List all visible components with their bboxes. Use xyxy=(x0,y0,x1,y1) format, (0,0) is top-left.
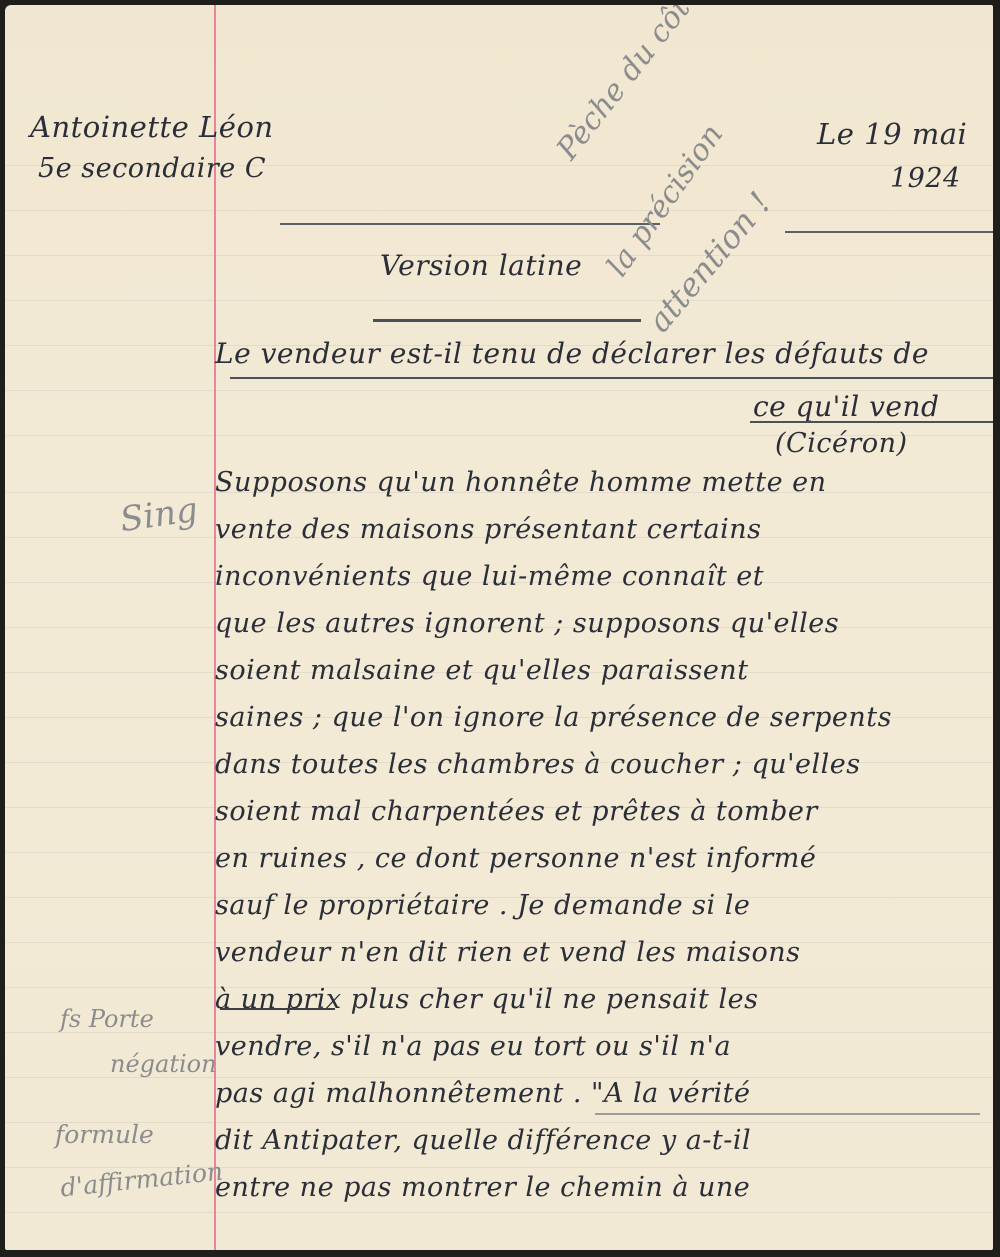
body-line-12: à un prix plus cher qu'il ne pensait les xyxy=(215,984,758,1015)
body-line-5: soient malsaine et qu'elles paraissent xyxy=(215,655,749,686)
margin-note-affirmation: d'affirmation xyxy=(59,1157,224,1203)
ruled-line xyxy=(5,300,993,301)
subtitle-line-2: ce qu'il vend xyxy=(753,390,939,423)
body-line-11: vendeur n'en dit rien et vend les maison… xyxy=(215,937,801,968)
body-line-3: inconvénients que lui-même connaît et xyxy=(215,561,764,592)
subtitle-underline-1 xyxy=(230,377,993,379)
title-underline xyxy=(373,319,641,322)
body-line-2: vente des maisons présentant certains xyxy=(215,514,762,545)
author-attribution: (Cicéron) xyxy=(775,428,908,459)
body-line-10: sauf le propriétaire . Je demande si le xyxy=(215,890,750,921)
header-underline-left xyxy=(280,223,660,225)
body-line-7: dans toutes les chambres à coucher ; qu'… xyxy=(215,749,861,780)
body-line-9: en ruines , ce dont personne n'est infor… xyxy=(215,843,816,874)
body-line-6: saines ; que l'on ignore la présence de … xyxy=(215,702,892,733)
document-title: Version latine xyxy=(380,249,582,282)
margin-note-formule: formule xyxy=(55,1120,154,1149)
header-underline-right xyxy=(785,231,993,233)
strikethrough-un-prix xyxy=(220,1008,335,1010)
date-line-1: Le 19 mai xyxy=(817,117,967,151)
ruled-line xyxy=(5,1212,993,1213)
student-class: 5e secondaire C xyxy=(38,153,266,184)
subtitle-underline-2 xyxy=(750,421,993,423)
body-line-8: soient mal charpentées et prêtes à tombe… xyxy=(215,796,818,827)
body-line-13: vendre, s'il n'a pas eu tort ou s'il n'a xyxy=(215,1031,731,1062)
body-line-15: dit Antipater, quelle différence y a-t-i… xyxy=(215,1125,751,1156)
student-name: Antoinette Léon xyxy=(30,110,274,144)
subtitle-line-1: Le vendeur est-il tenu de déclarer les d… xyxy=(215,337,929,370)
body-line-16: entre ne pas montrer le chemin à une xyxy=(215,1172,750,1203)
body-line-4: que les autres ignorent ; supposons qu'e… xyxy=(215,608,839,639)
margin-note-sing: Sing xyxy=(118,490,201,540)
pencil-underline-verite xyxy=(595,1113,980,1115)
margin-note-negation: négation xyxy=(110,1050,217,1078)
ruled-line xyxy=(5,210,993,211)
margin-note-porte: fs Porte xyxy=(60,1005,154,1033)
handwritten-page: Antoinette Léon 5e secondaire C Le 19 ma… xyxy=(5,5,993,1250)
date-line-2: 1924 xyxy=(890,163,961,194)
body-line-1: Supposons qu'un honnête homme mette en xyxy=(215,467,827,498)
body-line-14: pas agi malhonnêtement . "A la vérité xyxy=(215,1078,750,1109)
